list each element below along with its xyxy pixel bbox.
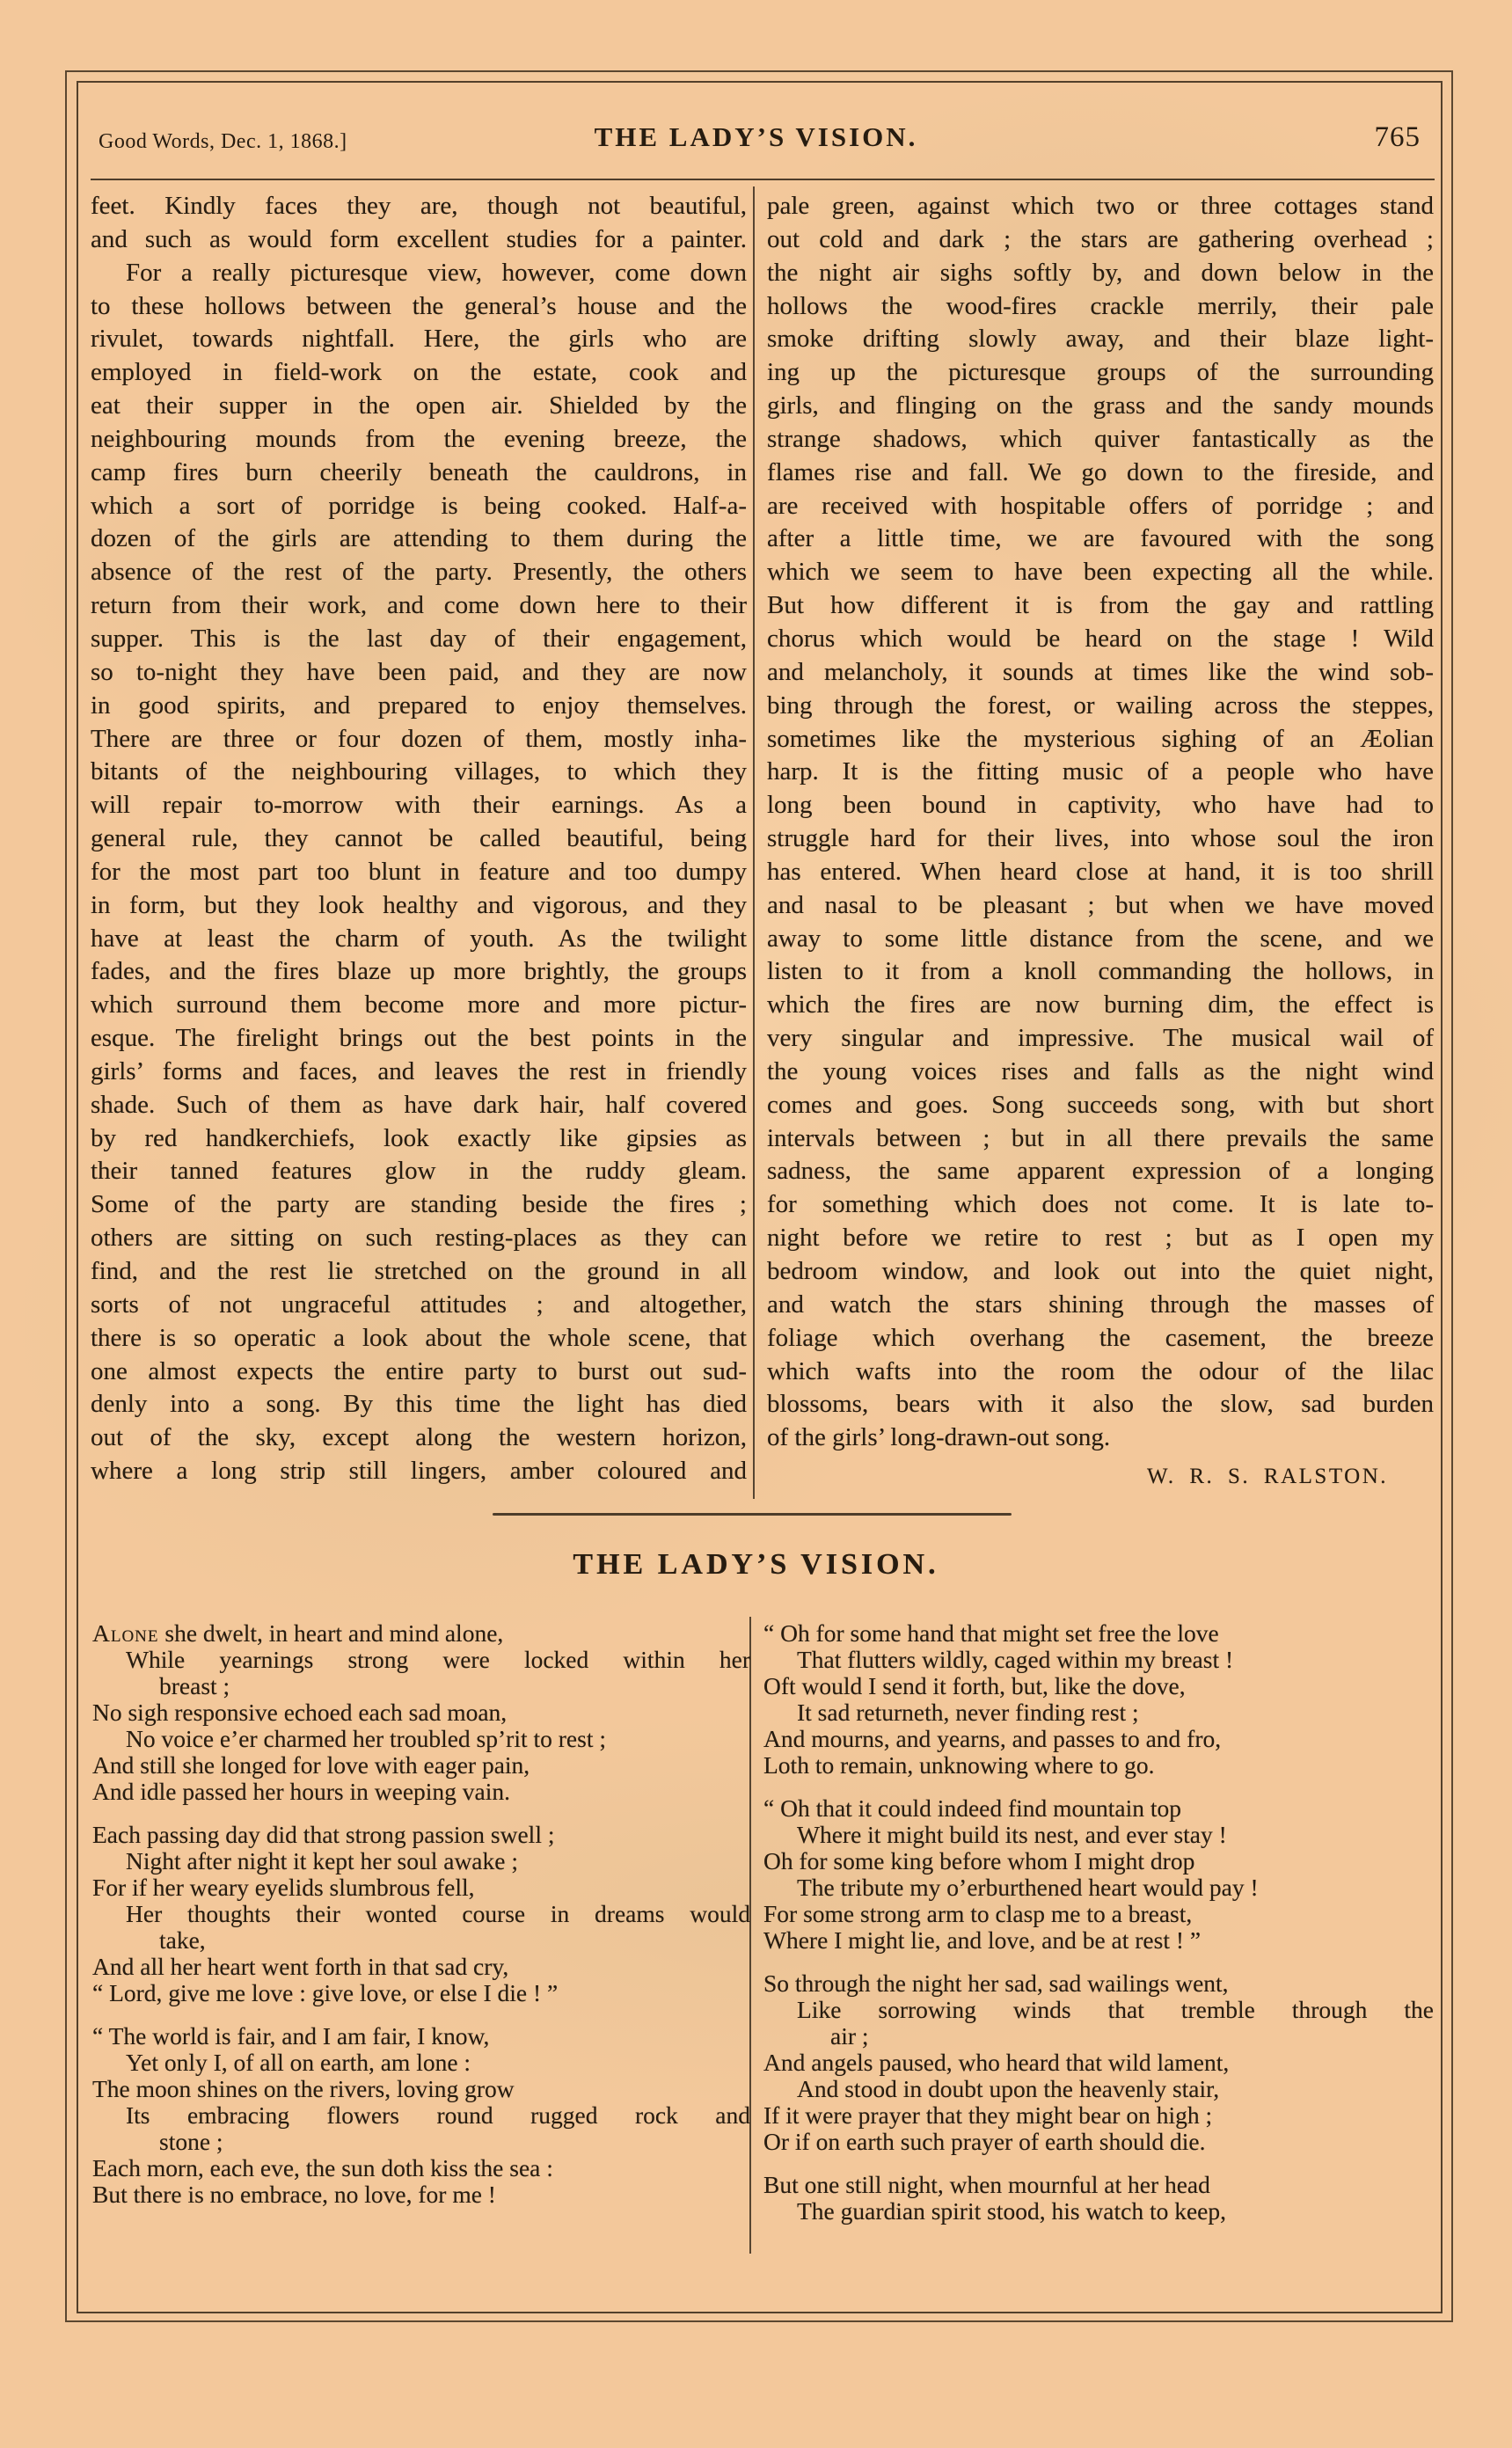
poem-stanza: “ Oh that it could indeed find mountain …	[763, 1795, 1434, 1954]
prose-line: for the most part too blunt in feature a…	[91, 856, 747, 889]
prose-line: intervals between ; but in all there pre…	[767, 1122, 1434, 1156]
poem-line: Her thoughts their wonted course in drea…	[92, 1901, 750, 1927]
poem-column-right: “ Oh for some hand that might set free t…	[763, 1620, 1434, 2241]
poem-line: take,	[92, 1927, 750, 1954]
poem-line: If it were prayer that they might bear o…	[763, 2102, 1434, 2129]
prose-line: general rule, they cannot be called beau…	[91, 822, 747, 856]
poem-line: It sad returneth, never finding rest ;	[763, 1699, 1434, 1726]
prose-line: listen to it from a knoll commanding the…	[767, 955, 1434, 989]
prose-line: out of the sky, except along the western…	[91, 1421, 747, 1455]
prose-line: in form, but they look healthy and vigor…	[91, 889, 747, 923]
prose-line: harp. It is the fitting music of a peopl…	[767, 756, 1434, 789]
prose-line: have at least the charm of youth. As the…	[91, 923, 747, 956]
prose-line: bitants of the neighbouring villages, to…	[91, 756, 747, 789]
prose-line: supper. This is the last day of their en…	[91, 623, 747, 656]
poem-line: But one still night, when mournful at he…	[763, 2172, 1434, 2198]
poem-line: The guardian spirit stood, his watch to …	[763, 2198, 1434, 2225]
prose-line: sometimes like the mysterious sighing of…	[767, 723, 1434, 756]
prose-line: eat their supper in the open air. Shield…	[91, 390, 747, 423]
poem-stanza: But one still night, when mournful at he…	[763, 2172, 1434, 2225]
poem-column-left: Alone she dwelt, in heart and mind alone…	[92, 1620, 750, 2225]
poem-line: Like sorrowing winds that tremble throug…	[763, 1997, 1434, 2023]
prose-line: bing through the forest, or wailing acro…	[767, 690, 1434, 723]
prose-line: will repair to-morrow with their earning…	[91, 789, 747, 822]
prose-line: dozen of the girls are attending to them…	[91, 522, 747, 556]
prose-line: ing up the picturesque groups of the sur…	[767, 356, 1434, 390]
prose-line: others are sitting on such resting-place…	[91, 1222, 747, 1255]
prose-line: rivulet, towards nightfall. Here, the gi…	[91, 323, 747, 356]
prose-line: smoke drifting slowly away, and their bl…	[767, 323, 1434, 356]
prose-line: For a really picturesque view, however, …	[91, 257, 747, 290]
prose-line: where a long strip still lingers, amber …	[91, 1455, 747, 1488]
prose-line: flames rise and fall. We go down to the …	[767, 457, 1434, 490]
prose-line: bedroom window, and look out into the qu…	[767, 1255, 1434, 1289]
poem-line: Or if on earth such prayer of earth shou…	[763, 2129, 1434, 2155]
prose-line: hollows the wood-fires crackle merrily, …	[767, 290, 1434, 324]
poem-stanza: So through the night her sad, sad wailin…	[763, 1970, 1434, 2155]
prose-line: blossoms, bears with it also the slow, s…	[767, 1388, 1434, 1421]
poem-line: While yearnings strong were locked withi…	[92, 1647, 750, 1673]
prose-line: has entered. When heard close at hand, i…	[767, 856, 1434, 889]
poem-line: But there is no embrace, no love, for me…	[92, 2181, 750, 2208]
prose-line: pale green, against which two or three c…	[767, 190, 1434, 223]
poem-line: For some strong arm to clasp me to a bre…	[763, 1901, 1434, 1927]
prose-line: are received with hospitable offers of p…	[767, 490, 1434, 523]
poem-line: And mourns, and yearns, and passes to an…	[763, 1726, 1434, 1752]
prose-line: one almost expects the entire party to b…	[91, 1356, 747, 1389]
prose-line: fades, and the fires blaze up more brigh…	[91, 955, 747, 989]
running-head-title: THE LADY’S VISION.	[0, 121, 1512, 153]
prose-line: to these hollows between the general’s h…	[91, 290, 747, 324]
prose-line: shade. Such of them as have dark hair, h…	[91, 1089, 747, 1122]
prose-line: and nasal to be pleasant ; but when we h…	[767, 889, 1434, 923]
prose-line: foliage which overhang the casement, the…	[767, 1322, 1434, 1356]
prose-line: their tanned features glow in the ruddy …	[91, 1155, 747, 1188]
poem-line: Alone she dwelt, in heart and mind alone…	[92, 1620, 750, 1647]
poem-line: Each passing day did that strong passion…	[92, 1822, 750, 1848]
poem-line: Yet only I, of all on earth, am lone :	[92, 2050, 750, 2076]
prose-line: employed in field-work on the estate, co…	[91, 356, 747, 390]
header-rule	[91, 179, 1435, 180]
prose-line: There are three or four dozen of them, m…	[91, 723, 747, 756]
poem-line: Where I might lie, and love, and be at r…	[763, 1927, 1434, 1954]
prose-line: of the girls’ long-drawn-out song.	[767, 1421, 1434, 1455]
prose-line: and such as would form excellent studies…	[91, 223, 747, 257]
poem-line: No sigh responsive echoed each sad moan,	[92, 1699, 750, 1726]
prose-line: away to some little distance from the sc…	[767, 923, 1434, 956]
page-number: 765	[1375, 121, 1421, 154]
poem-line: “ Oh that it could indeed find mountain …	[763, 1795, 1434, 1822]
prose-line: girls, and flinging on the grass and the…	[767, 390, 1434, 423]
prose-line: comes and goes. Song succeeds song, with…	[767, 1089, 1434, 1122]
prose-line: long been bound in captivity, who have h…	[767, 789, 1434, 822]
prose-line: the young voices rises and falls as the …	[767, 1056, 1434, 1089]
prose-line: feet. Kindly faces they are, though not …	[91, 190, 747, 223]
poem-line: “ The world is fair, and I am fair, I kn…	[92, 2023, 750, 2050]
article-column-left: feet. Kindly faces they are, though not …	[91, 190, 747, 1488]
article-column-right: pale green, against which two or three c…	[767, 190, 1434, 1494]
poem-line: Oft would I send it forth, but, like the…	[763, 1673, 1434, 1699]
prose-line: for something which does not come. It is…	[767, 1188, 1434, 1222]
prose-line: the night air sighs softly by, and down …	[767, 257, 1434, 290]
prose-line: chorus which would be heard on the stage…	[767, 623, 1434, 656]
prose-line: in good spirits, and prepared to enjoy t…	[91, 690, 747, 723]
article-left-lines: feet. Kindly faces they are, though not …	[91, 190, 747, 1488]
prose-line: night before we retire to rest ; but as …	[767, 1222, 1434, 1255]
poem-line: air ;	[763, 2023, 1434, 2050]
prose-line: and melancholy, it sounds at times like …	[767, 656, 1434, 690]
prose-line: find, and the rest lie stretched on the …	[91, 1255, 747, 1289]
poem-line: The moon shines on the rivers, loving gr…	[92, 2076, 750, 2102]
poem-line: “ Oh for some hand that might set free t…	[763, 1620, 1434, 1647]
prose-line: strange shadows, which quiver fantastica…	[767, 423, 1434, 457]
prose-line: out cold and dark ; the stars are gather…	[767, 223, 1434, 257]
poem-line: And idle passed her hours in weeping vai…	[92, 1779, 750, 1805]
article-right-lines: pale green, against which two or three c…	[767, 190, 1434, 1455]
poem-right-stanzas: “ Oh for some hand that might set free t…	[763, 1620, 1434, 2225]
prose-line: there is so operatic a look about the wh…	[91, 1322, 747, 1356]
prose-line: and watch the stars shining through the …	[767, 1289, 1434, 1322]
prose-line: denly into a song. By this time the ligh…	[91, 1388, 747, 1421]
poem-line: For if her weary eyelids slumbrous fell,	[92, 1874, 750, 1901]
prose-line: which a sort of porridge is being cooked…	[91, 490, 747, 523]
prose-line: very singular and impressive. The musica…	[767, 1022, 1434, 1056]
poem-title: THE LADY’S VISION.	[0, 1548, 1512, 1582]
poem-line: No voice e’er charmed her troubled sp’ri…	[92, 1726, 750, 1752]
prose-line: sadness, the same apparent expression of…	[767, 1155, 1434, 1188]
poem-line: That flutters wildly, caged within my br…	[763, 1647, 1434, 1673]
prose-line: struggle hard for their lives, into whos…	[767, 822, 1434, 856]
poem-line: And all her heart went forth in that sad…	[92, 1954, 750, 1980]
poem-stanza: Alone she dwelt, in heart and mind alone…	[92, 1620, 750, 1805]
article-signature: W. R. S. RALSTON.	[767, 1460, 1434, 1494]
prose-line: so to-night they have been paid, and the…	[91, 656, 747, 690]
poem-line: And stood in doubt upon the heavenly sta…	[763, 2076, 1434, 2102]
poem-line: Loth to remain, unknowing where to go.	[763, 1752, 1434, 1779]
prose-line: absence of the rest of the party. Presen…	[91, 556, 747, 589]
poem-stanza: Each passing day did that strong passion…	[92, 1822, 750, 2006]
poem-line: So through the night her sad, sad wailin…	[763, 1970, 1434, 1997]
poem-line: Where it might build its nest, and ever …	[763, 1822, 1434, 1848]
poem-left-stanzas: Alone she dwelt, in heart and mind alone…	[92, 1620, 750, 2208]
poem-line: Oh for some king before whom I might dro…	[763, 1848, 1434, 1874]
prose-line: esque. The firelight brings out the best…	[91, 1022, 747, 1056]
prose-line: camp fires burn cheerily beneath the cau…	[91, 457, 747, 490]
poem-line: Night after night it kept her soul awake…	[92, 1848, 750, 1874]
prose-line: by red handkerchiefs, look exactly like …	[91, 1122, 747, 1156]
prose-line: which the fires are now burning dim, the…	[767, 989, 1434, 1022]
prose-line: neighbouring mounds from the evening bre…	[91, 423, 747, 457]
prose-line: which wafts into the room the odour of t…	[767, 1356, 1434, 1389]
poem-line: breast ;	[92, 1673, 750, 1699]
poem-stanza: “ Oh for some hand that might set free t…	[763, 1620, 1434, 1779]
prose-line: after a little time, we are favoured wit…	[767, 522, 1434, 556]
poem-line: Each morn, each eve, the sun doth kiss t…	[92, 2155, 750, 2181]
poem-line: Its embracing flowers round rugged rock …	[92, 2102, 750, 2129]
poem-line: And still she longed for love with eager…	[92, 1752, 750, 1779]
poem-lead-smallcaps: Alone	[92, 1619, 159, 1647]
section-divider-rule	[493, 1513, 1012, 1516]
prose-line: But how different it is from the gay and…	[767, 589, 1434, 623]
prose-line: sorts of not ungraceful attitudes ; and …	[91, 1289, 747, 1322]
prose-line: which we seem to have been expecting all…	[767, 556, 1434, 589]
column-divider-rule	[753, 186, 755, 1499]
prose-line: return from their work, and come down he…	[91, 589, 747, 623]
prose-line: Some of the party are standing beside th…	[91, 1188, 747, 1222]
poem-line: The tribute my o’erburthened heart would…	[763, 1874, 1434, 1901]
poem-line: stone ;	[92, 2129, 750, 2155]
prose-line: which surround them become more and more…	[91, 989, 747, 1022]
prose-line: girls’ forms and faces, and leaves the r…	[91, 1056, 747, 1089]
poem-stanza: “ The world is fair, and I am fair, I kn…	[92, 2023, 750, 2208]
poem-line: “ Lord, give me love : give love, or els…	[92, 1980, 750, 2006]
poem-line: And angels paused, who heard that wild l…	[763, 2050, 1434, 2076]
magazine-page: Good Words, Dec. 1, 1868.] THE LADY’S VI…	[0, 0, 1512, 2448]
